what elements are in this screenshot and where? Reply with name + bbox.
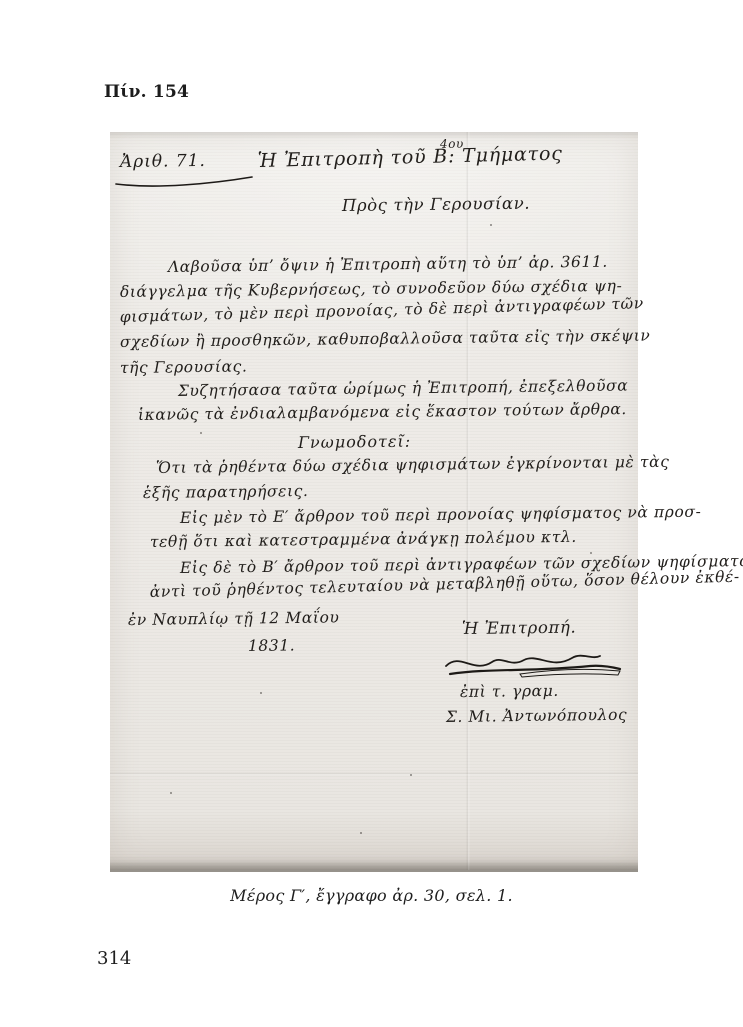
body-line: ἑξῆς παρατηρήσεις.	[143, 482, 309, 502]
book-page: Πίν. 154 Ἀριθ. 71. 4ου Ἡ Ἐπιτροπὴ τοῦ Β:…	[0, 0, 743, 1027]
plate-label: Πίν. 154	[104, 82, 189, 102]
page-number: 314	[97, 948, 131, 969]
secretary-title-line: ἐπὶ τ. γραμ.	[460, 682, 559, 701]
paper-speck	[360, 832, 362, 834]
body-line: Λαβοῦσα ὑπ’ ὄψιν ἡ Ἐπιτροπὴ αὕτη τὸ ὑπ’ …	[168, 253, 608, 276]
body-line: σχεδίων ἢ προσθηκῶν, καθυποβαλλοῦσα ταῦτ…	[120, 327, 651, 351]
verdict-heading: Γνωμοδοτεῖ:	[298, 432, 412, 452]
body-line: τῆς Γερουσίας.	[120, 357, 248, 377]
paper-speck	[410, 774, 412, 776]
manuscript-scan: Ἀριθ. 71. 4ου Ἡ Ἐπιτροπὴ τοῦ Β: Τμήματος…	[110, 132, 638, 872]
closing-line: Ἡ Ἐπιτροπή.	[462, 618, 577, 638]
body-line: ἱκανῶς τὰ ἐνδιαλαμβανόμενα εἰς ἕκαστον τ…	[138, 400, 627, 424]
manuscript-heading-line1: Ἡ Ἐπιτροπὴ τοῦ Β: Τμήματος	[257, 143, 562, 172]
body-line: Εἰς μὲν τὸ Ε′ ἄρθρον τοῦ περὶ προνοίας ψ…	[180, 503, 702, 527]
protocol-underline-stroke	[114, 174, 256, 188]
protocol-number: Ἀριθ. 71.	[120, 151, 206, 172]
paper-speck	[490, 224, 492, 226]
secretary-signature-name: Σ. Μι. Ἀντωνόπουλος	[446, 706, 628, 726]
year-line: 1831.	[248, 636, 296, 655]
paper-crease-vertical	[466, 132, 470, 870]
manuscript-heading-line2: Πρὸς τὴν Γερουσίαν.	[342, 194, 531, 215]
body-line: τεθῇ ὅτι καὶ κατεστραμμένα ἀνάγκῃ πολέμο…	[150, 528, 577, 551]
body-line: Ὅτι τὰ ῥηθέντα δύω σχέδια ψηφισμάτων ἐγκ…	[156, 453, 670, 477]
paper-speck	[170, 792, 172, 794]
paper-speck	[260, 692, 262, 694]
president-signature-flourish	[440, 644, 625, 684]
paper-speck	[200, 432, 202, 434]
body-line: Συζητήσασα ταῦτα ὡρίμως ἡ Ἐπιτροπή, ἐπεξ…	[178, 376, 629, 400]
date-line: ἐν Ναυπλίῳ τῇ 12 Μαΐου	[128, 608, 340, 629]
paper-crease-horizontal	[110, 772, 638, 776]
figure-caption: Μέρος Γ′, ἔγγραφο ἀρ. 30, σελ. 1.	[0, 886, 743, 905]
